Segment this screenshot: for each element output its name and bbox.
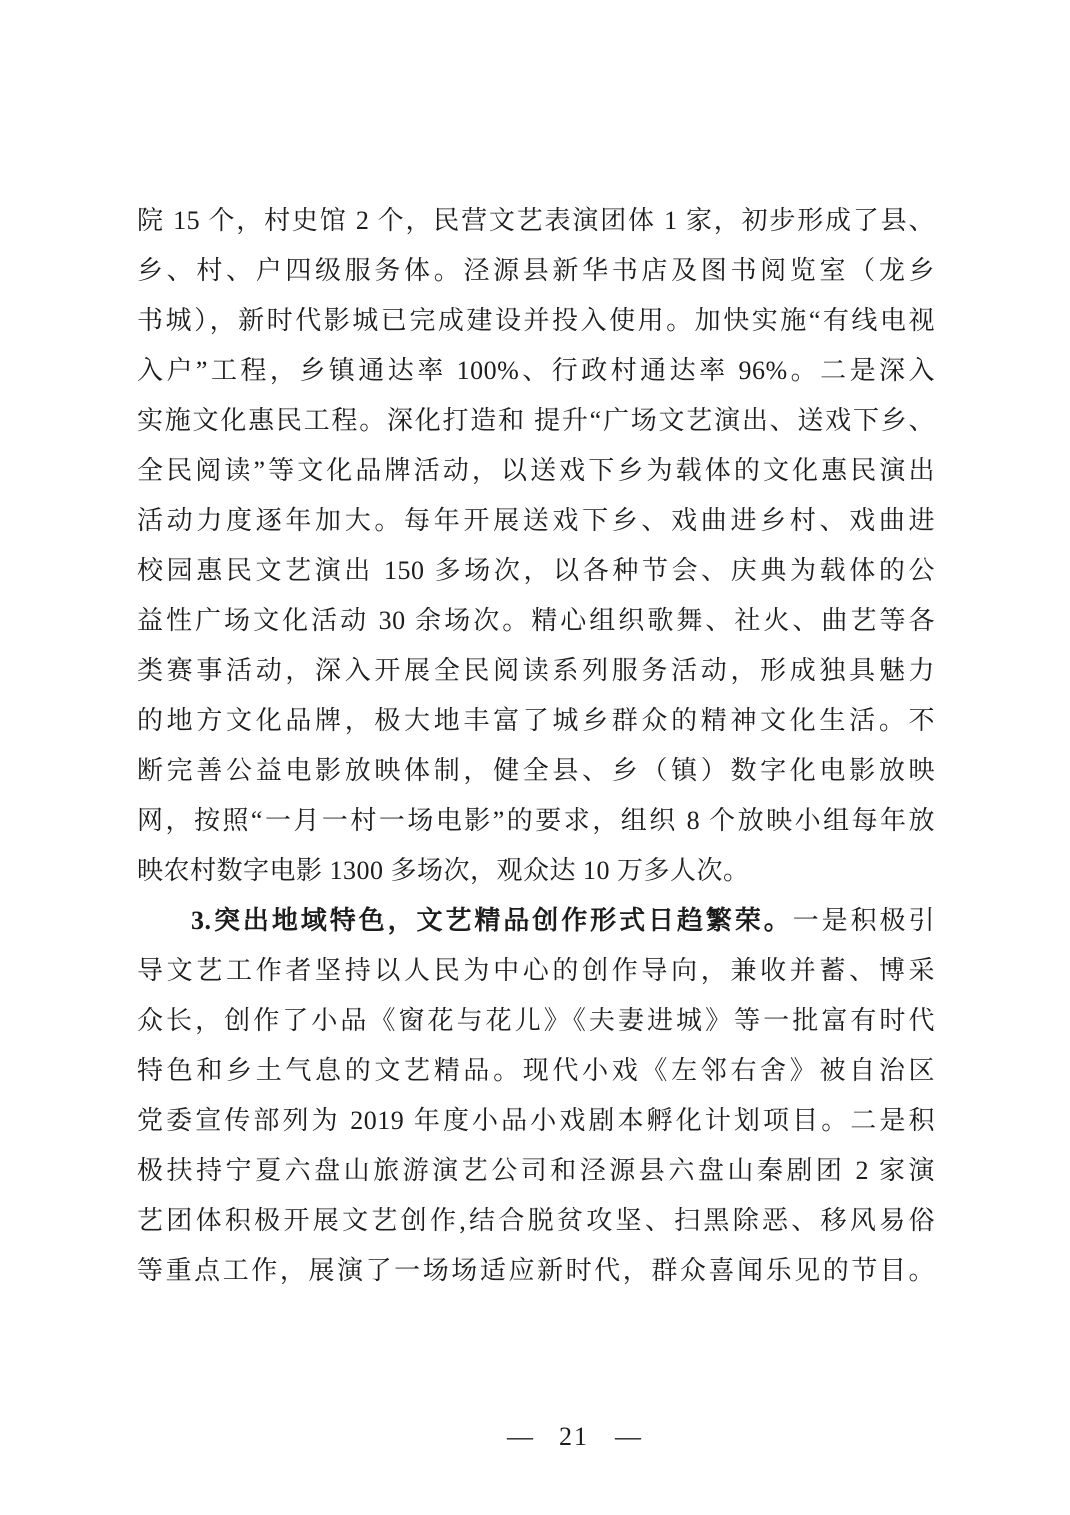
text-line: 网，按照“一月一村一场电影”的要求，组织 8 个放映小组每年放 <box>137 796 935 846</box>
footer-dash-left: — <box>507 1412 533 1462</box>
text-line: 断完善公益电影放映体制，健全县、乡（镇）数字化电影放映 <box>137 746 935 796</box>
text-line: 实施文化惠民工程。深化打造和 提升“广场文艺演出、送戏下乡、 <box>137 396 935 446</box>
text-line: 导文艺工作者坚持以人民为中心的创作导向，兼收并蓄、博采 <box>137 946 935 996</box>
text-line: 艺团体积极开展文艺创作,结合脱贫攻坚、扫黑除恶、移风易俗 <box>137 1196 935 1246</box>
section-heading-tail: 一是积极引 <box>793 906 935 935</box>
text-line: 党委宣传部列为 2019 年度小品小戏剧本孵化计划项目。二是积 <box>137 1096 935 1146</box>
text-line: 的地方文化品牌，极大地丰富了城乡群众的精神文化生活。不 <box>137 696 935 746</box>
text-line: 乡、村、户四级服务体。泾源县新华书店及图书阅览室（龙乡 <box>137 246 935 296</box>
text-line: 益性广场文化活动 30 余场次。精心组织歌舞、社火、曲艺等各 <box>137 596 935 646</box>
text-line: 全民阅读”等文化品牌活动，以送戏下乡为载体的文化惠民演出 <box>137 446 935 496</box>
text-line: 院 15 个，村史馆 2 个，民营文艺表演团体 1 家，初步形成了县、 <box>137 196 935 246</box>
text-line: 等重点工作，展演了一场场适应新时代，群众喜闻乐见的节目。 <box>137 1246 935 1296</box>
footer-dash-right: — <box>615 1412 641 1462</box>
text-line: 极扶持宁夏六盘山旅游演艺公司和泾源县六盘山秦剧团 2 家演 <box>137 1146 935 1196</box>
page-number: 21 <box>559 1412 589 1462</box>
text-line: 特色和乡土气息的文艺精品。现代小戏《左邻右舍》被自治区 <box>137 1046 935 1096</box>
text-line: 书城），新时代影城已完成建设并投入使用。加快实施“有线电视 <box>137 296 935 346</box>
section-heading-line: 3.突出地域特色，文艺精品创作形式日趋繁荣。一是积极引 <box>137 896 935 946</box>
text-line: 校园惠民文艺演出 150 多场次，以各种节会、庆典为载体的公 <box>137 546 935 596</box>
text-line: 类赛事活动，深入开展全民阅读系列服务活动，形成独具魅力 <box>137 646 935 696</box>
text-line: 映农村数字电影 1300 多场次，观众达 10 万多人次。 <box>137 846 935 896</box>
page-footer: —21— <box>162 1362 960 1412</box>
section-heading-bold: 3.突出地域特色，文艺精品创作形式日趋繁荣。 <box>191 906 793 935</box>
document-body: 院 15 个，村史馆 2 个，民营文艺表演团体 1 家，初步形成了县、 乡、村、… <box>137 196 935 1296</box>
text-line: 众长，创作了小品《窗花与花儿》《夫妻进城》等一批富有时代 <box>137 996 935 1046</box>
text-line: 入户”工程，乡镇通达率 100%、行政村通达率 96%。二是深入 <box>137 346 935 396</box>
text-line: 活动力度逐年加大。每年开展送戏下乡、戏曲进乡村、戏曲进 <box>137 496 935 546</box>
document-page: 院 15 个，村史馆 2 个，民营文艺表演团体 1 家，初步形成了县、 乡、村、… <box>0 0 1070 1515</box>
